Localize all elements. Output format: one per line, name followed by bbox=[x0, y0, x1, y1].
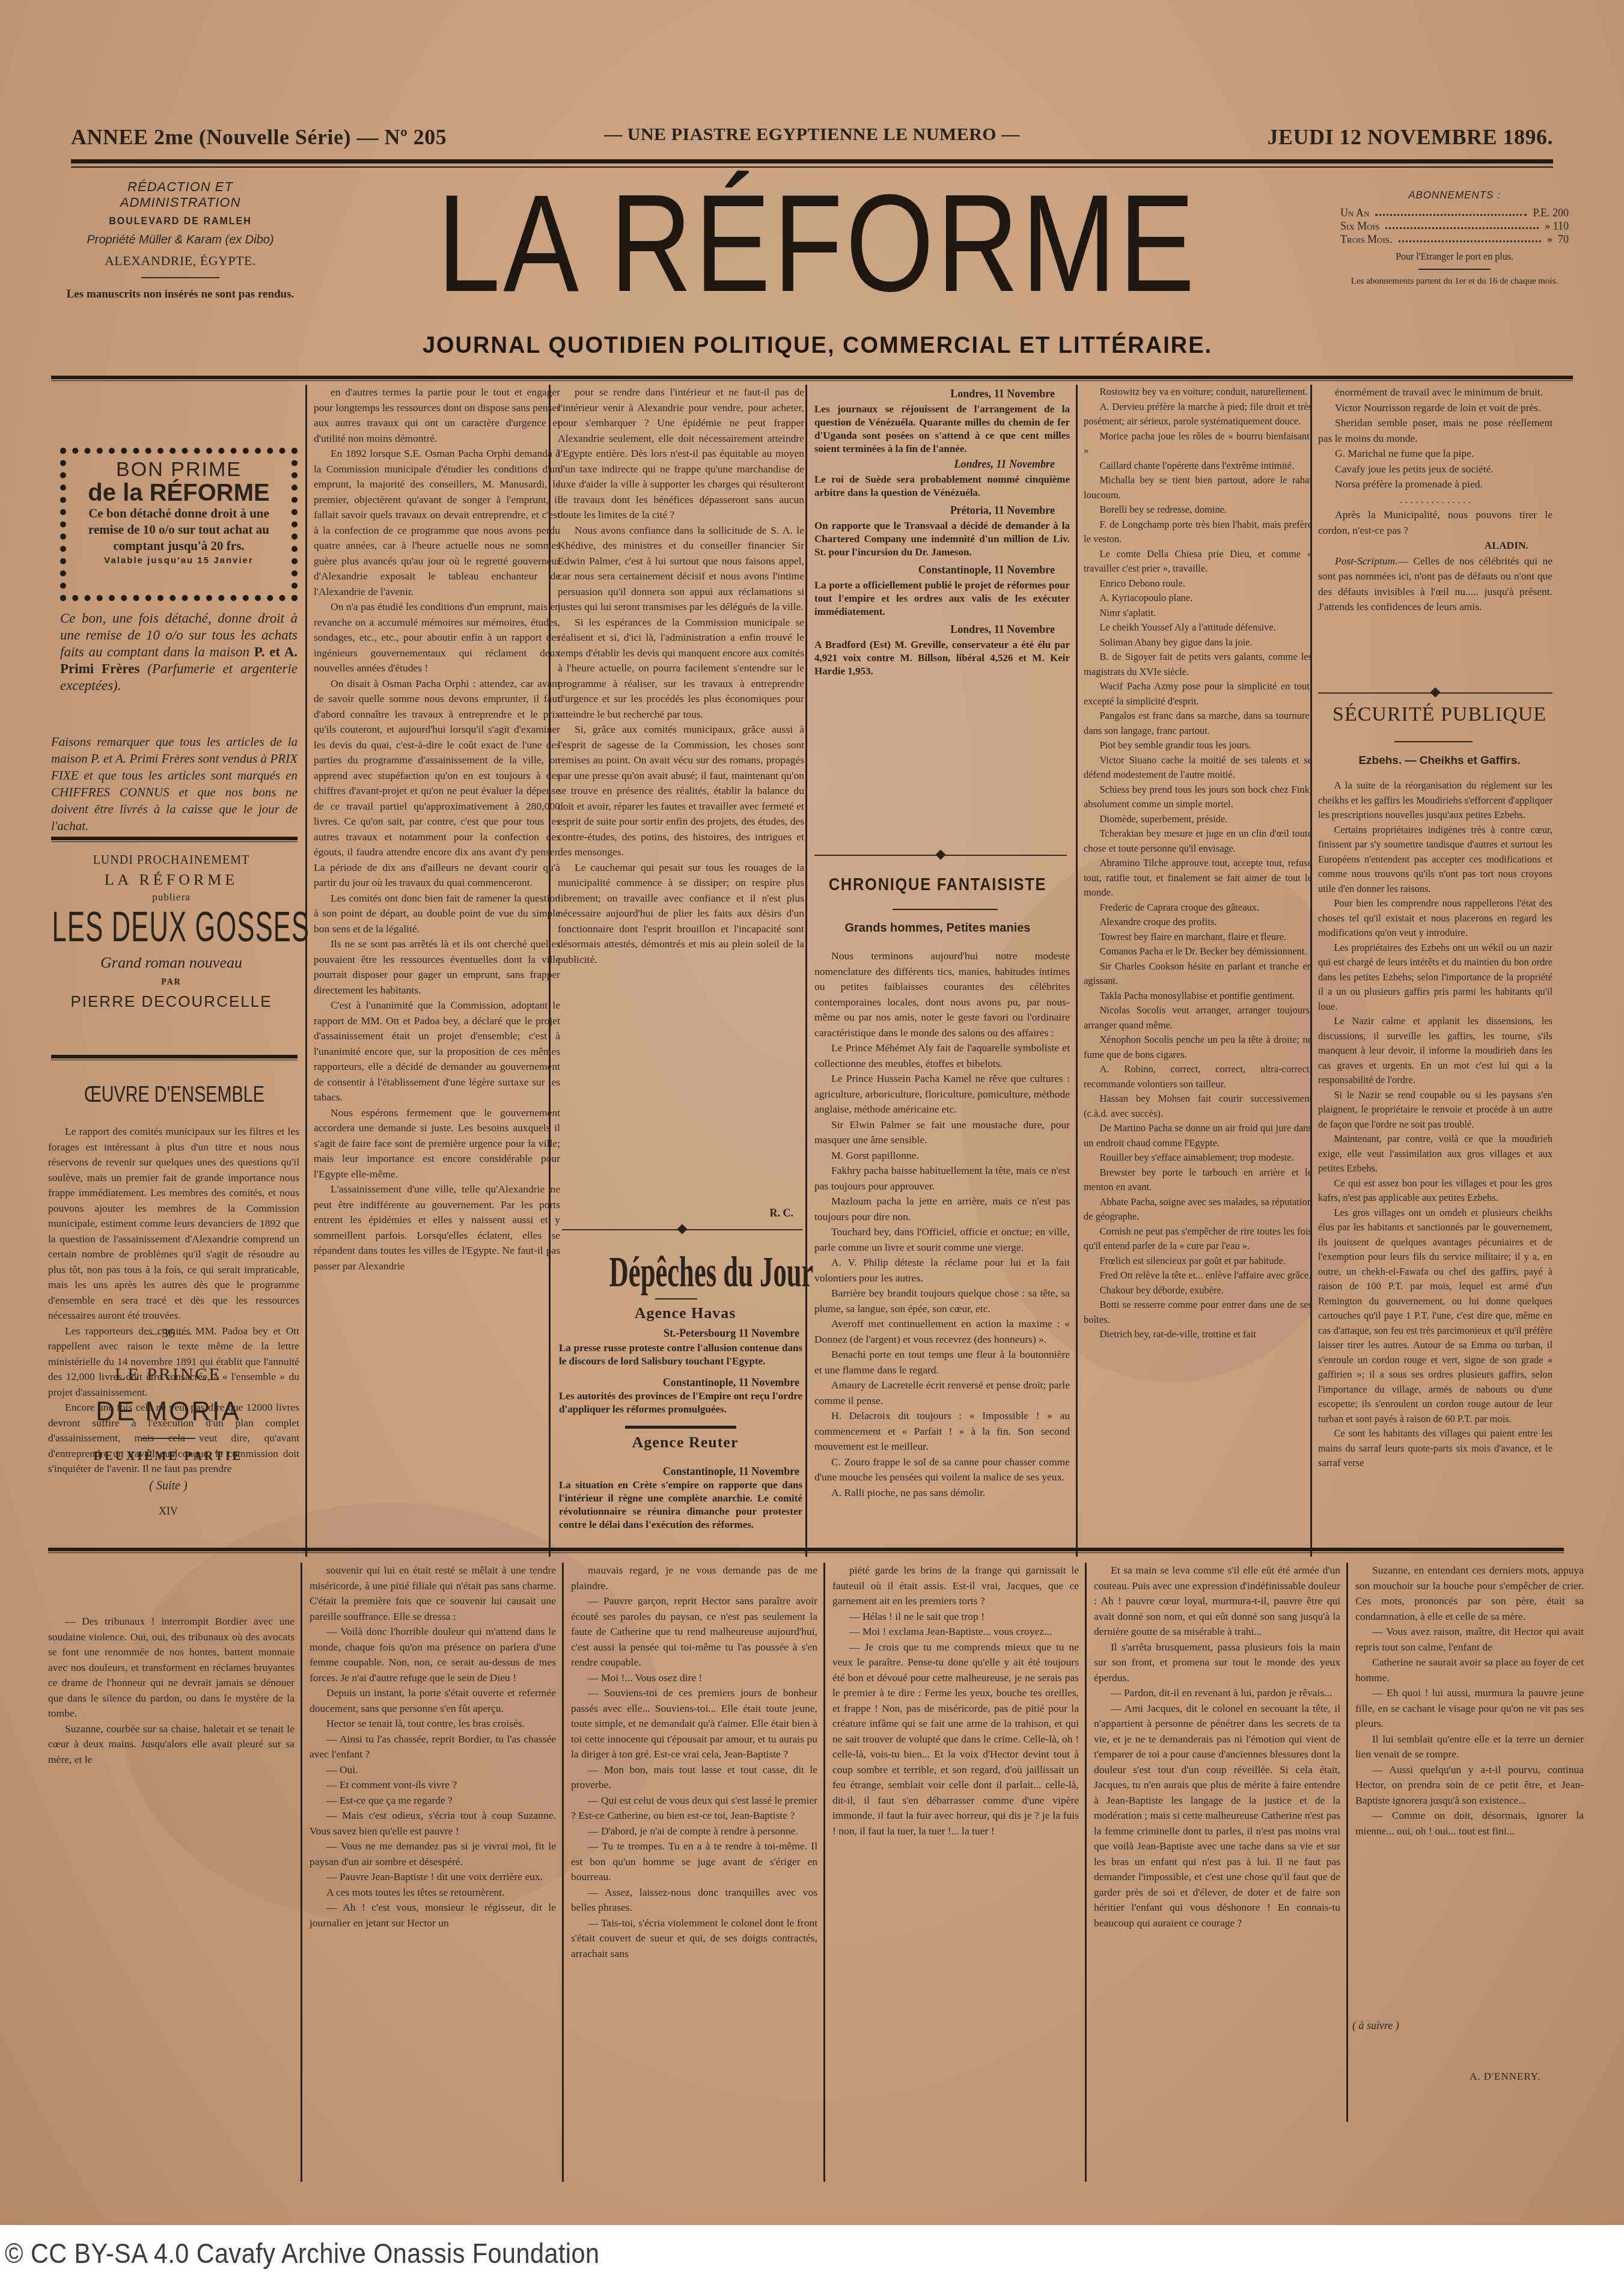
chronique-column-2: Rostowitz bey va en voiture; conduit, na… bbox=[1084, 385, 1312, 1557]
dateline: Constantinople, 11 Novembre bbox=[814, 564, 1055, 576]
feuilleton-column-6: Suzanne, en entendant ces derniers mots,… bbox=[1355, 1563, 1584, 2008]
paragraph: Nous terminons aujourd'hui notre modeste… bbox=[814, 948, 1070, 1040]
paragraph: Si les espérances de la Commission munic… bbox=[558, 615, 804, 722]
paragraph: — Et comment vont-ils vivre ? bbox=[310, 1777, 556, 1793]
paragraph: Cornish ne peut pas s'empêcher de rire t… bbox=[1084, 1224, 1312, 1254]
to-be-continued: ( à suivre ) bbox=[1352, 2020, 1399, 2032]
announcement-when: LUNDI PROCHAINEMEMT bbox=[51, 853, 292, 867]
paragraph: Frœlich est silencieux par goût et par h… bbox=[1084, 1254, 1312, 1269]
paragraph: Wacif Pacha Azmy pose pour la simplicité… bbox=[1084, 679, 1312, 709]
subscriptions-heading: ABONNEMENTS : bbox=[1340, 189, 1569, 201]
paragraph: piété garde les brins de la frange qui g… bbox=[832, 1563, 1079, 1609]
section-rule bbox=[51, 1055, 298, 1060]
divider bbox=[893, 909, 998, 910]
announcement-par: PAR bbox=[51, 978, 292, 988]
paragraph: — Comme on doit, désormais, ignorer la m… bbox=[1355, 1808, 1584, 1839]
paragraph: Towrest bey flaire en marchant, flaire e… bbox=[1084, 930, 1312, 945]
paragraph: B. de Sigoyer fait de petits vers galant… bbox=[1084, 650, 1312, 679]
paragraph: Brewster bey porte le tarbouch en arrièr… bbox=[1084, 1165, 1312, 1195]
paragraph: Enrico Debono roule. bbox=[1084, 576, 1312, 591]
postscript: Post-Scriptum.— Celles de nos célébrités… bbox=[1318, 554, 1552, 615]
divider bbox=[1418, 269, 1491, 270]
paragraph: — Moi !... Vous osez dire ! bbox=[571, 1670, 817, 1686]
chronique-subheading: Grands hommes, Petites manies bbox=[805, 921, 1070, 935]
paragraph: — Ah ! c'est vous, monsieur le régisseur… bbox=[310, 1900, 556, 1931]
announcement-paper: LA RÉFORME bbox=[51, 871, 292, 889]
dispatch-text: Les journaux se réjouissent de l'arrange… bbox=[814, 403, 1070, 456]
redaction-city: ALEXANDRIE, ÉGYPTE. bbox=[66, 253, 295, 269]
paragraph: Ils ne se sont pas arrêtés là et ils ont… bbox=[314, 936, 560, 998]
promo-text: Ce bon, une fois détaché, donne droit à … bbox=[60, 610, 298, 694]
paragraph: — Eh quoi ! lui aussi, murmura la pauvre… bbox=[1355, 1685, 1584, 1732]
paragraph: Schiess bey prend tous les jours son boc… bbox=[1084, 783, 1312, 812]
dispatch-text: La presse russe proteste contre l'allusi… bbox=[559, 1342, 802, 1368]
feuilleton-part: DEUXIÈME PARTIE bbox=[36, 1450, 301, 1464]
feuilleton-column-1: — Des tribunaux ! interrompit Bordier av… bbox=[48, 1614, 295, 2191]
paragraph: — Tu te trompes. Tu en a à te rendre à t… bbox=[571, 1839, 817, 1885]
feuilleton-title-block: LE PRINCE DE MORIA DEUXIÈME PARTIE ( Sui… bbox=[36, 1364, 301, 1518]
feuilleton-column-5: Et sa main se leva comme s'il elle eût é… bbox=[1094, 1563, 1340, 2182]
paragraph: Diomède, superbement, préside. bbox=[1084, 812, 1312, 827]
paragraph: De Martino Pacha se donne un air froid q… bbox=[1084, 1121, 1312, 1150]
feuilleton-rule bbox=[48, 1548, 1564, 1553]
chronique-heading: CHRONIQUE FANTAISISTE bbox=[825, 875, 1050, 895]
divider bbox=[1394, 741, 1473, 742]
paragraph: M. Gorst papillonne. bbox=[814, 1148, 1070, 1164]
column-rule bbox=[562, 1563, 564, 2182]
subscription-label: Trois Mois. bbox=[1340, 233, 1393, 246]
issue-price: — UNE PIASTRE EGYPTIENNE LE NUMERO — bbox=[604, 124, 1019, 145]
subscription-price: 200 bbox=[1552, 206, 1569, 219]
paragraph: G. Marichal ne fume que la pipe. bbox=[1318, 446, 1552, 462]
paragraph: — Qui est celui de vous deux qui s'est l… bbox=[571, 1793, 817, 1824]
dispatch-text: Les autorités des provinces de l'Empire … bbox=[559, 1390, 802, 1416]
column-rule bbox=[549, 385, 551, 1557]
paragraph: Les comités ont donc bien fait de ramene… bbox=[314, 891, 560, 937]
subscription-row: Six Mois » 110 bbox=[1340, 219, 1569, 233]
paragraph: Botti se resserre comme pour entrer dans… bbox=[1084, 1298, 1312, 1327]
paragraph: Il s'arrêta brusquement, passa plusieurs… bbox=[1094, 1640, 1340, 1686]
paragraph: souvenir qui lui en était resté se mêlai… bbox=[310, 1563, 556, 1624]
column-rule bbox=[301, 1563, 302, 2182]
depeches-heading: Dépêches du Jour bbox=[609, 1247, 774, 1297]
paragraph: — Vous avez raison, maître, dit Hector q… bbox=[1355, 1624, 1584, 1655]
feuilleton-column-3: mauvais regard, je ne vous demande pas d… bbox=[571, 1563, 817, 2182]
dispatch-text: La porte a officiellement publié le proj… bbox=[814, 579, 1070, 618]
issue-number: ANNEE 2me (Nouvelle Série) — Nº 205 bbox=[71, 124, 447, 150]
column-rule bbox=[1076, 385, 1078, 1557]
coupon-validity: Valable jusqu'au 15 Janvier bbox=[75, 555, 283, 566]
paragraph: F. de Longchamp porte très bien l'habit,… bbox=[1084, 518, 1312, 547]
feuilleton-suite: ( Suite ) bbox=[36, 1479, 301, 1493]
announcement-title: LES DEUX GOSSES bbox=[52, 903, 291, 950]
dateline: Londres, 11 Novembre bbox=[814, 458, 1055, 471]
dateline: St.-Petersbourg 11 Novembre bbox=[559, 1327, 799, 1340]
subscription-currency: P.E. bbox=[1533, 206, 1549, 219]
paragraph: L'assainissement d'une ville, telle qu'A… bbox=[314, 1182, 560, 1274]
paragraph: C'est à l'unanimité que la Commission, a… bbox=[314, 998, 560, 1105]
redaction-owner: Propriété Müller & Karam (ex Dibo) bbox=[66, 233, 295, 247]
paragraph: Alexandre croque des profits. bbox=[1084, 915, 1312, 930]
dispatch-text: Le roi de Suède sera probablement nommé … bbox=[814, 473, 1070, 499]
paragraph: — Vous ne me demandez pas si je vivrai m… bbox=[310, 1839, 556, 1869]
paragraph: H. Delacroix dit toujours : « Impossible… bbox=[814, 1408, 1070, 1455]
paragraph: A. Dervieu préfère la marche à pied; fil… bbox=[1084, 400, 1312, 429]
paragraph: Borelli bey se redresse, domine. bbox=[1084, 502, 1312, 518]
column-rule bbox=[1346, 1563, 1348, 2122]
subscription-row: Un An P.E. 200 bbox=[1340, 206, 1569, 219]
paragraph: Le cauchemar qui pesait sur tous les rou… bbox=[558, 860, 804, 968]
paragraph: Depuis un instant, la porte s'était ouve… bbox=[310, 1685, 556, 1716]
paragraph: pour se rendre dans l'intérieur et ne fa… bbox=[558, 385, 804, 523]
dateline: Prétoria, 11 Novembre bbox=[814, 504, 1055, 517]
ornament-divider bbox=[562, 1229, 802, 1230]
postscript-label: Post-Scriptum. bbox=[1335, 555, 1398, 567]
bon-prime-coupon: BON PRIME de la RÉFORME Ce bon détaché d… bbox=[60, 448, 298, 601]
divider bbox=[655, 1298, 697, 1299]
paragraph: A. Kyriacopoulo plane. bbox=[1084, 591, 1312, 606]
coupon-subtitle: de la RÉFORME bbox=[75, 480, 283, 505]
paragraph: Après la Municipalité, nous pouvons tire… bbox=[1318, 507, 1552, 538]
paragraph: Nous espérons fermement que le gouvernem… bbox=[314, 1105, 560, 1182]
divider bbox=[141, 1438, 195, 1439]
paragraph: Amaury de Lacretelle écrit renversé et p… bbox=[814, 1378, 1070, 1408]
subscription-label: Un An bbox=[1340, 206, 1369, 219]
agency-havas: Agence Havas bbox=[559, 1304, 811, 1322]
dispatches-continued: Londres, 11 Novembre Les journaux se réj… bbox=[814, 388, 1070, 678]
paragraph: Ce qui est assez bon pour les villages e… bbox=[1318, 1176, 1552, 1206]
chronique-signature: ALADIN. bbox=[1318, 538, 1552, 554]
paragraph: — Oui. bbox=[310, 1762, 556, 1778]
announcement-verb: publiera bbox=[51, 891, 292, 903]
chronique-article: Nous terminons aujourd'hui notre modeste… bbox=[814, 948, 1070, 1557]
securite-heading: SÉCURITÉ PUBLIQUE bbox=[1313, 703, 1566, 726]
paragraph: Catherine ne saurait avoir sa place au f… bbox=[1355, 1655, 1584, 1685]
paragraph: A. Ralli pioche, ne pas sans démolir. bbox=[814, 1485, 1070, 1501]
paragraph: Le comte Della Chiesa prie Dieu, et comm… bbox=[1084, 547, 1312, 576]
securite-subheading: Ezbehs. — Cheikhs et Gaffirs. bbox=[1313, 754, 1566, 768]
paragraph: Fakhry pacha baisse habituellement la tê… bbox=[814, 1163, 1070, 1194]
paragraph: — Tais-toi, s'écria violemment le colone… bbox=[571, 1916, 817, 1962]
feuilleton-number: — 36 — bbox=[36, 1325, 301, 1341]
paragraph: — Des tribunaux ! interrompit Bordier av… bbox=[48, 1614, 295, 1721]
promo-notice: Faisons remarquer que tous les articles … bbox=[51, 733, 298, 834]
paragraph: Hector se tenait là, tout contre, les br… bbox=[310, 1716, 556, 1732]
paragraph: Soliman Abany bey gigue dans la joie. bbox=[1084, 635, 1312, 650]
paragraph: Chakour bey déborde, exubère. bbox=[1084, 1283, 1312, 1298]
paragraph: C. Zouro frappe le sol de sa canne pour … bbox=[814, 1455, 1070, 1485]
redaction-notice: Les manuscrits non insérés ne sont pas r… bbox=[66, 287, 295, 302]
paragraph: Et sa main se leva comme s'il elle eût é… bbox=[1094, 1563, 1340, 1640]
paragraph: Caillard chante l'opérette dans l'extrêm… bbox=[1084, 459, 1312, 474]
paragraph: Rouiller bey s'efface aimablement; trop … bbox=[1084, 1150, 1312, 1165]
feuilleton-title-2: DE MORIA bbox=[36, 1397, 301, 1427]
dispatch-text: On rapporte que le Transvaal a décidé de… bbox=[814, 519, 1070, 559]
announcement-author: PIERRE DECOURCELLE bbox=[51, 992, 292, 1011]
paragraph: Sir Elwin Palmer se fait une moustache d… bbox=[814, 1117, 1070, 1148]
securite-article: A la suite de la réorganisation du régle… bbox=[1318, 778, 1552, 1557]
subscription-currency: » bbox=[1545, 219, 1550, 233]
paragraph: Dietrich bey, rat-de-ville, trottine et … bbox=[1084, 1327, 1312, 1342]
divider bbox=[141, 277, 219, 278]
column-rule bbox=[1085, 1563, 1087, 2182]
paragraph: mauvais regard, je ne vous demande pas d… bbox=[571, 1563, 817, 1593]
paragraph: Xénophon Socolis penche un peu la tête à… bbox=[1084, 1033, 1312, 1062]
paragraph: — Ainsi tu l'as chassée, reprit Bordier,… bbox=[310, 1732, 556, 1762]
paragraph: Pangalos est franc dans sa marche, dans … bbox=[1084, 709, 1312, 738]
paragraph: Tcherakian bey mesure et juge en un clin… bbox=[1084, 826, 1312, 856]
paragraph: Victor Siuano cache la moitié de ses tal… bbox=[1084, 753, 1312, 783]
paragraph: Suzanne, courbée sur sa chaise, haletait… bbox=[48, 1721, 295, 1768]
paragraph: Victor Nourrisson regarde de loin et voi… bbox=[1318, 400, 1552, 416]
paragraph: — D'abord, je n'ai de compte à rendre à … bbox=[571, 1824, 817, 1839]
article-column-2: en d'autres termes la partie pour le tou… bbox=[314, 385, 560, 1557]
paragraph: Norsa préfère la promenade à pied. bbox=[1318, 477, 1552, 492]
paragraph: Le Nazir calme et applanit les dissensio… bbox=[1318, 1014, 1552, 1088]
paragraph: Comanos Pacha et le Dr. Becker bey démis… bbox=[1084, 944, 1312, 959]
feuilleton-chapter: XIV bbox=[36, 1505, 301, 1518]
column-rule bbox=[305, 385, 307, 1557]
paragraph: . . . . . . . . . . . . . . bbox=[1318, 492, 1552, 508]
copyright-credit: © CC BY-SA 4.0 Cavafy Archive Onassis Fo… bbox=[5, 2237, 599, 2270]
paragraph: Mazloum pacha la jette en arrière, mais … bbox=[814, 1194, 1070, 1224]
paragraph: Sir Charles Cookson hésite en parlant et… bbox=[1084, 959, 1312, 989]
paragraph: Certains propriétaires indigènes très à … bbox=[1318, 823, 1552, 897]
dateline: Londres, 11 Novembre bbox=[814, 623, 1055, 636]
paragraph: Suzanne, en entendant ces derniers mots,… bbox=[1355, 1563, 1584, 1624]
paragraph: Frederic de Caprara croque des gâteaux. bbox=[1084, 900, 1312, 915]
coupon-text: Ce bon détaché donne droit à une remise … bbox=[75, 505, 283, 554]
feuilleton-column-4: piété garde les brins de la frange qui g… bbox=[832, 1563, 1079, 2182]
paragraph: Takla Pacha monosyllabise et pontifie ge… bbox=[1084, 989, 1312, 1004]
announcement-desc: Grand roman nouveau bbox=[51, 954, 292, 972]
paragraph: Les propriétaires des Ezbehs ont un wéki… bbox=[1318, 941, 1552, 1015]
feuilleton-column-2: souvenir qui lui en était resté se mêlai… bbox=[310, 1563, 556, 2182]
subscription-price: 70 bbox=[1558, 233, 1569, 246]
paragraph: Fred Ott relève la tête et... enlève l'a… bbox=[1084, 1268, 1312, 1283]
paragraph: Pour bien les comprendre nous rappellero… bbox=[1318, 896, 1552, 941]
newspaper-title: LA RÉFORME bbox=[423, 174, 1212, 313]
paragraph: Cavafy joue les petits jeux de société. bbox=[1318, 462, 1552, 477]
redaction-box: RÉDACTION ET ADMINISTRATION BOULEVARD DE… bbox=[66, 179, 295, 302]
chronique-column-3: énormément de travail avec le minimum de… bbox=[1318, 385, 1552, 673]
paragraph: A la suite de la réorganisation du régle… bbox=[1318, 778, 1552, 823]
paragraph: On disait à Osman Pacha Orphi : attendez… bbox=[314, 676, 560, 891]
subscriptions-start: Les abonnements partent du 1er et du 16 … bbox=[1340, 276, 1569, 287]
dispatch-text: A Bradford (Est) M. Greville, conservate… bbox=[814, 638, 1070, 678]
paragraph: — Hélas ! il ne le sait que trop ! bbox=[832, 1609, 1079, 1625]
paragraph: Si le Nazir se rend coupable ou si les p… bbox=[1318, 1088, 1552, 1132]
newspaper-page: ANNEE 2me (Nouvelle Série) — Nº 205 — UN… bbox=[0, 0, 1624, 2225]
paragraph: Les gros villages ont un omdeh et plusie… bbox=[1318, 1206, 1552, 1427]
paragraph: Sheridan semble poser, mais ne pose réel… bbox=[1318, 415, 1552, 446]
paragraph: Il lui semblait qu'entre elle et la terr… bbox=[1355, 1732, 1584, 1762]
paragraph: Abbate Pacha, soigne avec ses malades, s… bbox=[1084, 1195, 1312, 1224]
paragraph: Abramino Tilche approuve tout, accepte t… bbox=[1084, 856, 1312, 900]
feuilleton-announcement: LUNDI PROCHAINEMEMT LA RÉFORME publiera … bbox=[51, 853, 292, 1011]
agency-reuter: Agence Reuter bbox=[559, 1434, 811, 1452]
dispatch-text: La situation en Crète s'empire on rappor… bbox=[559, 1479, 802, 1554]
paragraph: — Aussi quelqu'un y a-t-il pourvu, conti… bbox=[1355, 1762, 1584, 1809]
paragraph: énormément de travail avec le minimum de… bbox=[1318, 385, 1552, 400]
section-rule bbox=[51, 376, 1573, 381]
paragraph: Le rapport des comités municipaux sur le… bbox=[48, 1124, 299, 1324]
subscriptions-foreign: Pour l'Etranger le port en plus. bbox=[1340, 252, 1569, 263]
paragraph: — Assez, laissez-nous donc tranquilles a… bbox=[571, 1885, 817, 1916]
article-column-3: pour se rendre dans l'intérieur et ne fa… bbox=[558, 385, 804, 1208]
paragraph: Benachi porte en tout temps une fleur à … bbox=[814, 1347, 1070, 1378]
paragraph: — Mon bon, mais tout lasse et tout casse… bbox=[571, 1762, 817, 1793]
paragraph: A ces mots toutes les têtes se retournèr… bbox=[310, 1885, 556, 1901]
subscription-currency: » bbox=[1547, 233, 1552, 246]
masthead-topline: ANNEE 2me (Nouvelle Série) — Nº 205 — UN… bbox=[71, 124, 1553, 148]
paragraph: A. V. Philip déteste la réclame pour lui… bbox=[814, 1255, 1070, 1286]
subscription-row: Trois Mois. » 70 bbox=[1340, 233, 1569, 246]
oeuvre-heading: ŒUVRE D'ENSEMBLE bbox=[76, 1082, 273, 1107]
paragraph: — Voilà donc l'horrible douleur qui m'at… bbox=[310, 1624, 556, 1685]
paragraph: Le cheikh Youssef Aly a l'attitude défen… bbox=[1084, 620, 1312, 635]
feuilleton-author: A. D'ENNERY. bbox=[1470, 2071, 1540, 2083]
paragraph: Nimr s'aplatit. bbox=[1084, 606, 1312, 621]
coupon-title: BON PRIME bbox=[75, 459, 283, 480]
dateline: Londres, 11 Novembre bbox=[814, 388, 1055, 400]
paragraph: Si, grâce aux comités municipaux, grâce … bbox=[558, 722, 804, 860]
paragraph: Ce sont les habitants des villages qui p… bbox=[1318, 1426, 1552, 1471]
paragraph: Maintenant, par contre, voilà ce que la … bbox=[1318, 1132, 1552, 1176]
paragraph: — Est-ce que ça me regarde ? bbox=[310, 1793, 556, 1809]
paragraph: En 1892 lorsque S.E. Osman Pacha Orphi d… bbox=[314, 446, 560, 599]
subscription-price: 110 bbox=[1553, 219, 1569, 233]
paragraph: — Moi ! exclama Jean-Baptiste... vous cr… bbox=[832, 1624, 1079, 1640]
section-rule bbox=[51, 837, 298, 842]
paragraph: — Souviens-toi de ces premiers jours de … bbox=[571, 1685, 817, 1762]
paragraph: Nous avons confiance dans la sollicitude… bbox=[558, 523, 804, 615]
dateline: Constantinople, 11 Novembre bbox=[559, 1376, 799, 1389]
paragraph: Morice pacha joue les rôles de « bourru … bbox=[1084, 429, 1312, 459]
ornament-divider bbox=[1318, 692, 1552, 694]
paragraph: Piot bey semble grandir tous les jours. bbox=[1084, 738, 1312, 753]
paragraph: Averoff met continuellement en action la… bbox=[814, 1316, 1070, 1347]
article-signature: R. C. bbox=[691, 1207, 793, 1220]
subscriptions-box: ABONNEMENTS : Un An P.E. 200 Six Mois » … bbox=[1340, 189, 1569, 287]
column-rule bbox=[805, 385, 807, 1557]
paragraph: On n'a pas étudié les conditions d'un em… bbox=[314, 599, 560, 676]
feuilleton-title-1: LE PRINCE bbox=[36, 1364, 301, 1385]
column-rule bbox=[1310, 385, 1312, 1557]
paragraph: Le Prince Méhémet Aly fait de l'aquarell… bbox=[814, 1040, 1070, 1071]
paragraph: Nicolas Socolis veut arranger, arranger … bbox=[1084, 1003, 1312, 1033]
paragraph: — Je crois que tu me comprends mieux que… bbox=[832, 1640, 1079, 1839]
redaction-heading: RÉDACTION ET ADMINISTRATION bbox=[66, 179, 295, 210]
paragraph: — Pauvre garçon, reprit Hector sans para… bbox=[571, 1593, 817, 1670]
issue-date: JEUDI 12 NOVEMBRE 1896. bbox=[1267, 124, 1553, 150]
subscription-label: Six Mois bbox=[1340, 219, 1379, 233]
paragraph: Le Prince Hussein Pacha Kamel ne rêve qu… bbox=[814, 1071, 1070, 1117]
newspaper-subtitle: JOURNAL QUOTIDIEN POLITIQUE, COMMERCIAL … bbox=[288, 333, 1346, 359]
divider bbox=[625, 1426, 736, 1429]
paragraph: Touchard bey, dans l'Officiel, officie e… bbox=[814, 1224, 1070, 1255]
ornament-divider bbox=[814, 855, 1067, 856]
paragraph: — Mais c'est odieux, s'écria tout à coup… bbox=[310, 1808, 556, 1839]
dateline: Constantinople, 11 Novembre bbox=[559, 1465, 799, 1478]
redaction-street: BOULEVARD DE RAMLEH bbox=[66, 216, 295, 227]
column-rule bbox=[823, 1563, 825, 2182]
paragraph: Hassan bey Mohsen fait courir successive… bbox=[1084, 1092, 1312, 1121]
paragraph: Rostowitz bey va en voiture; conduit, na… bbox=[1084, 385, 1312, 400]
paragraph: — Pardon, dit-il en revenant à lui, pard… bbox=[1094, 1685, 1340, 1701]
paragraph: en d'autres termes la partie pour le tou… bbox=[314, 385, 560, 446]
paragraph: Barrière bey brandit toujours quelque ch… bbox=[814, 1286, 1070, 1316]
paragraph: — Ami Jacques, dit le colonel en secouan… bbox=[1094, 1701, 1340, 1931]
paragraph: Michalla bey se tient bien partout, ador… bbox=[1084, 473, 1312, 502]
paragraph: A. Robino, correct, correct, ultra-corre… bbox=[1084, 1062, 1312, 1092]
paragraph: — Pauvre Jean-Baptiste ! dit une voix de… bbox=[310, 1869, 556, 1885]
